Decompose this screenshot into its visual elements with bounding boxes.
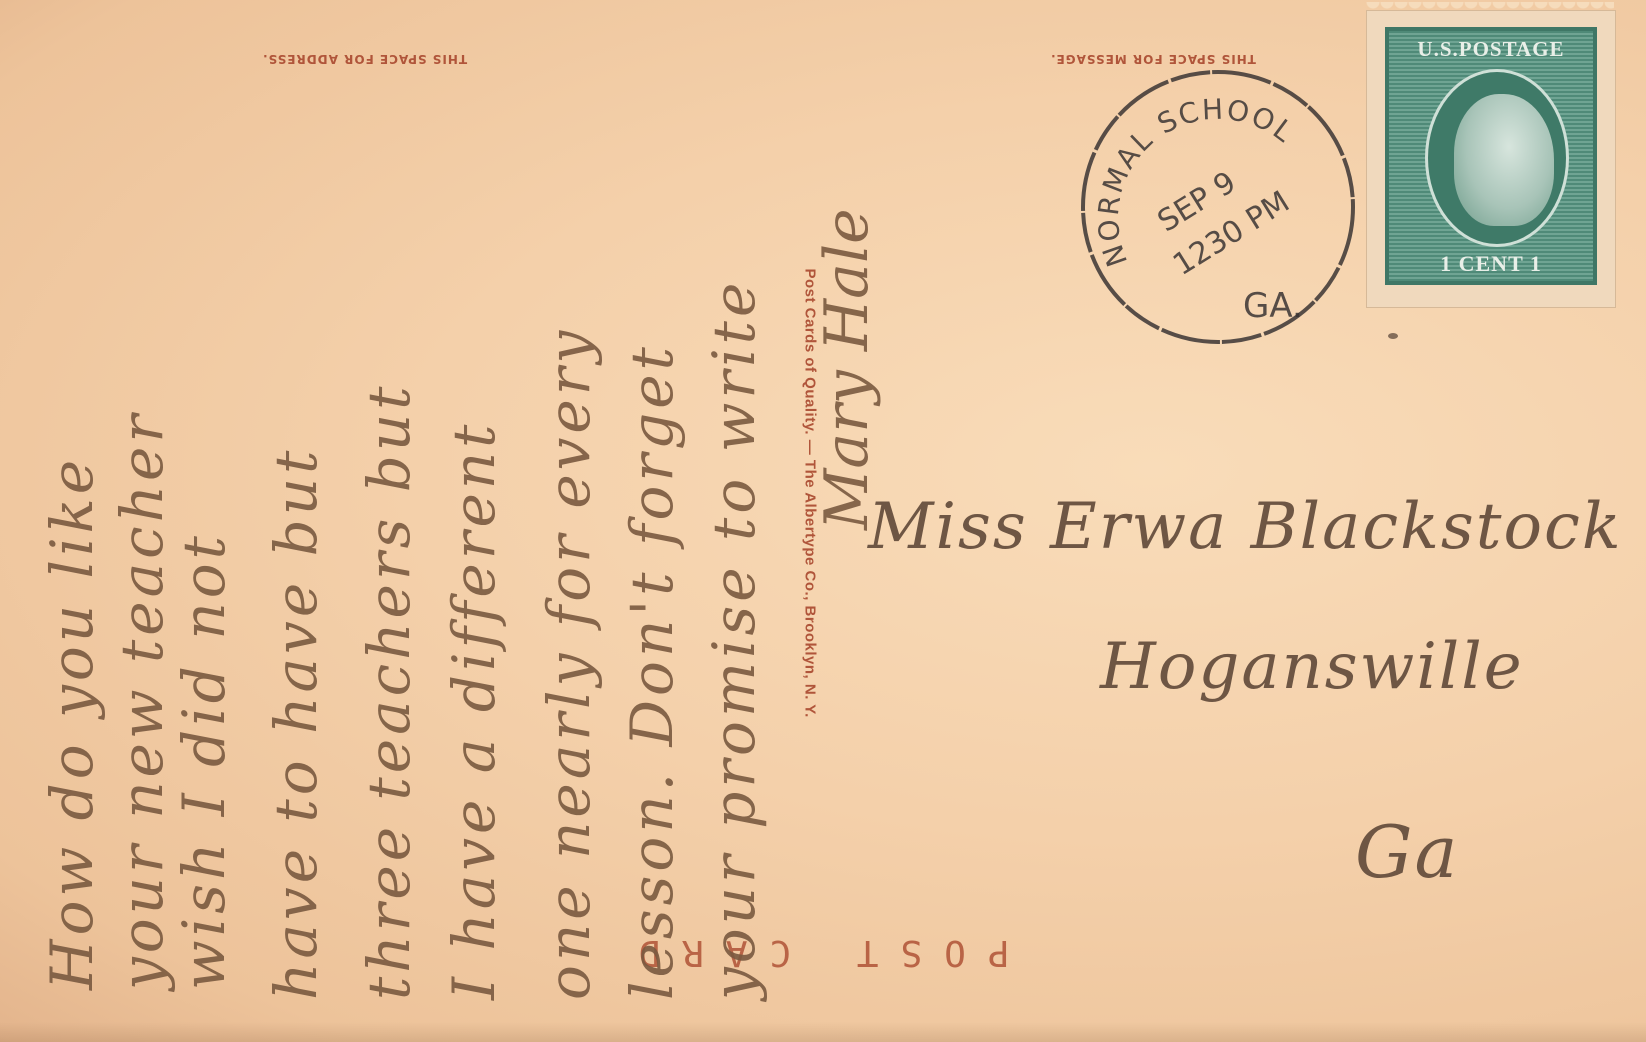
message-line: wish I did not bbox=[170, 532, 238, 990]
recipient-city: Hoganswille bbox=[1100, 630, 1524, 704]
ink-speck bbox=[1388, 333, 1398, 339]
postage-stamp: U.S.POSTAGE 1 CENT 1 bbox=[1366, 10, 1616, 308]
message-line: your promise to write bbox=[700, 279, 768, 1000]
postmark-icon: NORMAL SCHOOL SEP 9 1230 PM GA. bbox=[1068, 62, 1368, 362]
message-line: your new teacher bbox=[108, 411, 176, 990]
stamp-bottom-text: 1 CENT 1 bbox=[1389, 251, 1593, 277]
postcard-back: THIS SPACE FOR ADDRESS. THIS SPACE FOR M… bbox=[0, 0, 1646, 1042]
recipient-state: Ga bbox=[1355, 810, 1459, 894]
stamp-top-text: U.S.POSTAGE bbox=[1389, 37, 1593, 62]
message-line: one nearly for every bbox=[535, 327, 603, 1000]
message-line: have to have but bbox=[262, 447, 330, 1000]
message-line: lesson. Don't forget bbox=[618, 343, 686, 1000]
washington-portrait-icon bbox=[1425, 69, 1569, 247]
signature: Mary Hale bbox=[812, 208, 882, 530]
message-line: three teachers but bbox=[355, 382, 423, 1000]
message-line: How do you like bbox=[38, 456, 106, 990]
postmark-state: GA. bbox=[1243, 286, 1303, 326]
address-space-label: THIS SPACE FOR ADDRESS. bbox=[262, 52, 467, 66]
message-line: I have a different bbox=[440, 421, 508, 1000]
recipient-name: Miss Erwa Blackstock bbox=[868, 490, 1623, 564]
